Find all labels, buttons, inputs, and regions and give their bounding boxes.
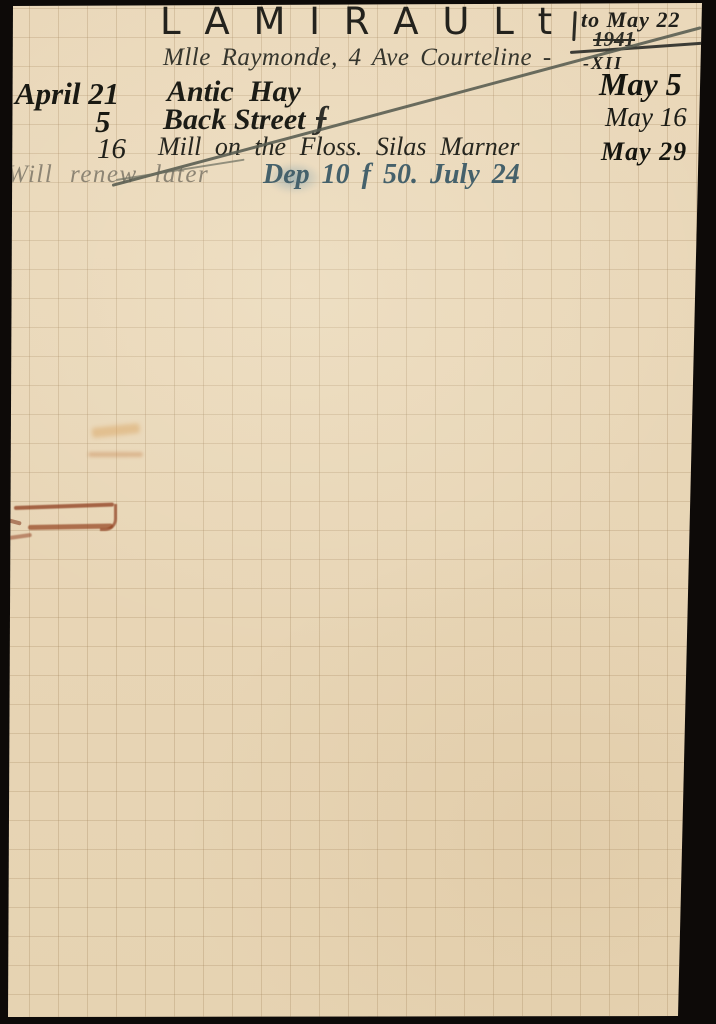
rust-stain (14, 503, 114, 510)
rust-stain (91, 423, 140, 438)
rust-stain (2, 533, 32, 541)
loan-return-date: May 29 (601, 139, 687, 165)
scanned-library-card: L A M I R A U L t Mlle Raymonde, 4 Ave C… (0, 0, 716, 1024)
loan-return-date: May 5 (599, 68, 682, 100)
loan-return-date: May 16 (605, 104, 687, 131)
deposit-note: Dep 10 f 50. July 24 (263, 161, 520, 189)
rust-stain (0, 516, 22, 526)
rust-stain (88, 452, 143, 457)
loan-date: 16 (97, 135, 126, 164)
index-card-paper: L A M I R A U L t Mlle Raymonde, 4 Ave C… (0, 0, 716, 1024)
member-address: Mlle Raymonde, 4 Ave Courteline - (163, 45, 552, 70)
loan-title: Back Street (163, 105, 306, 135)
member-name: L A M I R A U L t (160, 3, 558, 40)
bracket-line (572, 11, 576, 41)
